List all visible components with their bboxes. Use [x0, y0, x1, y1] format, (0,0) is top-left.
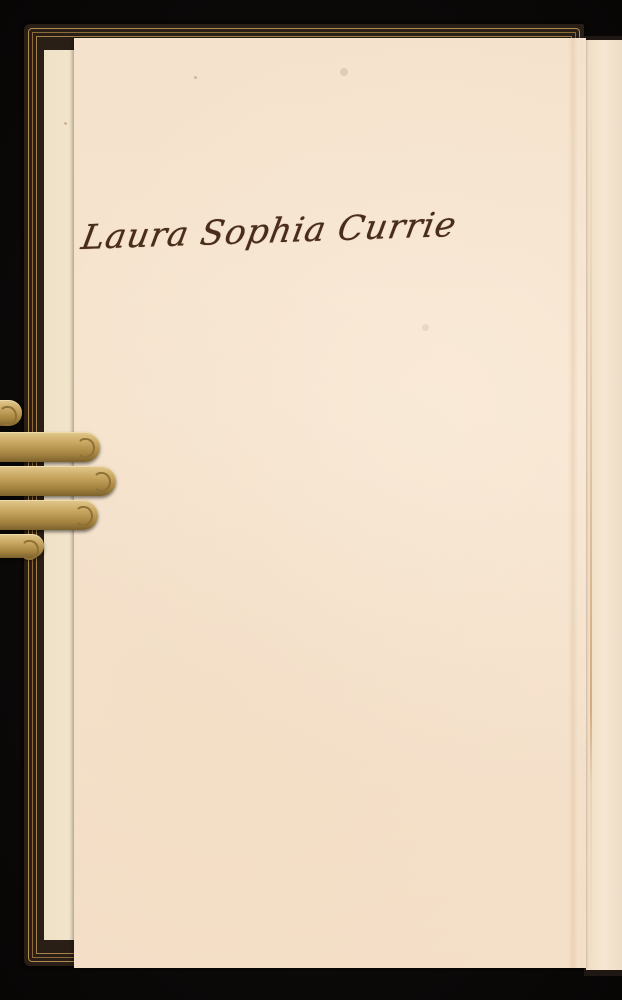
clip-finger	[0, 466, 116, 496]
clip-finger	[0, 400, 22, 426]
clip-finger	[0, 500, 98, 530]
handwritten-signature: Laura Sophia Currie	[78, 202, 548, 258]
foxing-spot	[64, 122, 67, 125]
foxing-spot	[422, 324, 429, 331]
foxing-spot	[340, 68, 348, 76]
brass-hand-clip	[0, 400, 120, 560]
flyleaf-page: Laura Sophia Currie	[74, 38, 586, 968]
clip-finger	[0, 534, 44, 558]
foxing-spot	[194, 76, 197, 79]
clip-finger	[0, 432, 100, 462]
facing-page-edge	[586, 40, 622, 970]
